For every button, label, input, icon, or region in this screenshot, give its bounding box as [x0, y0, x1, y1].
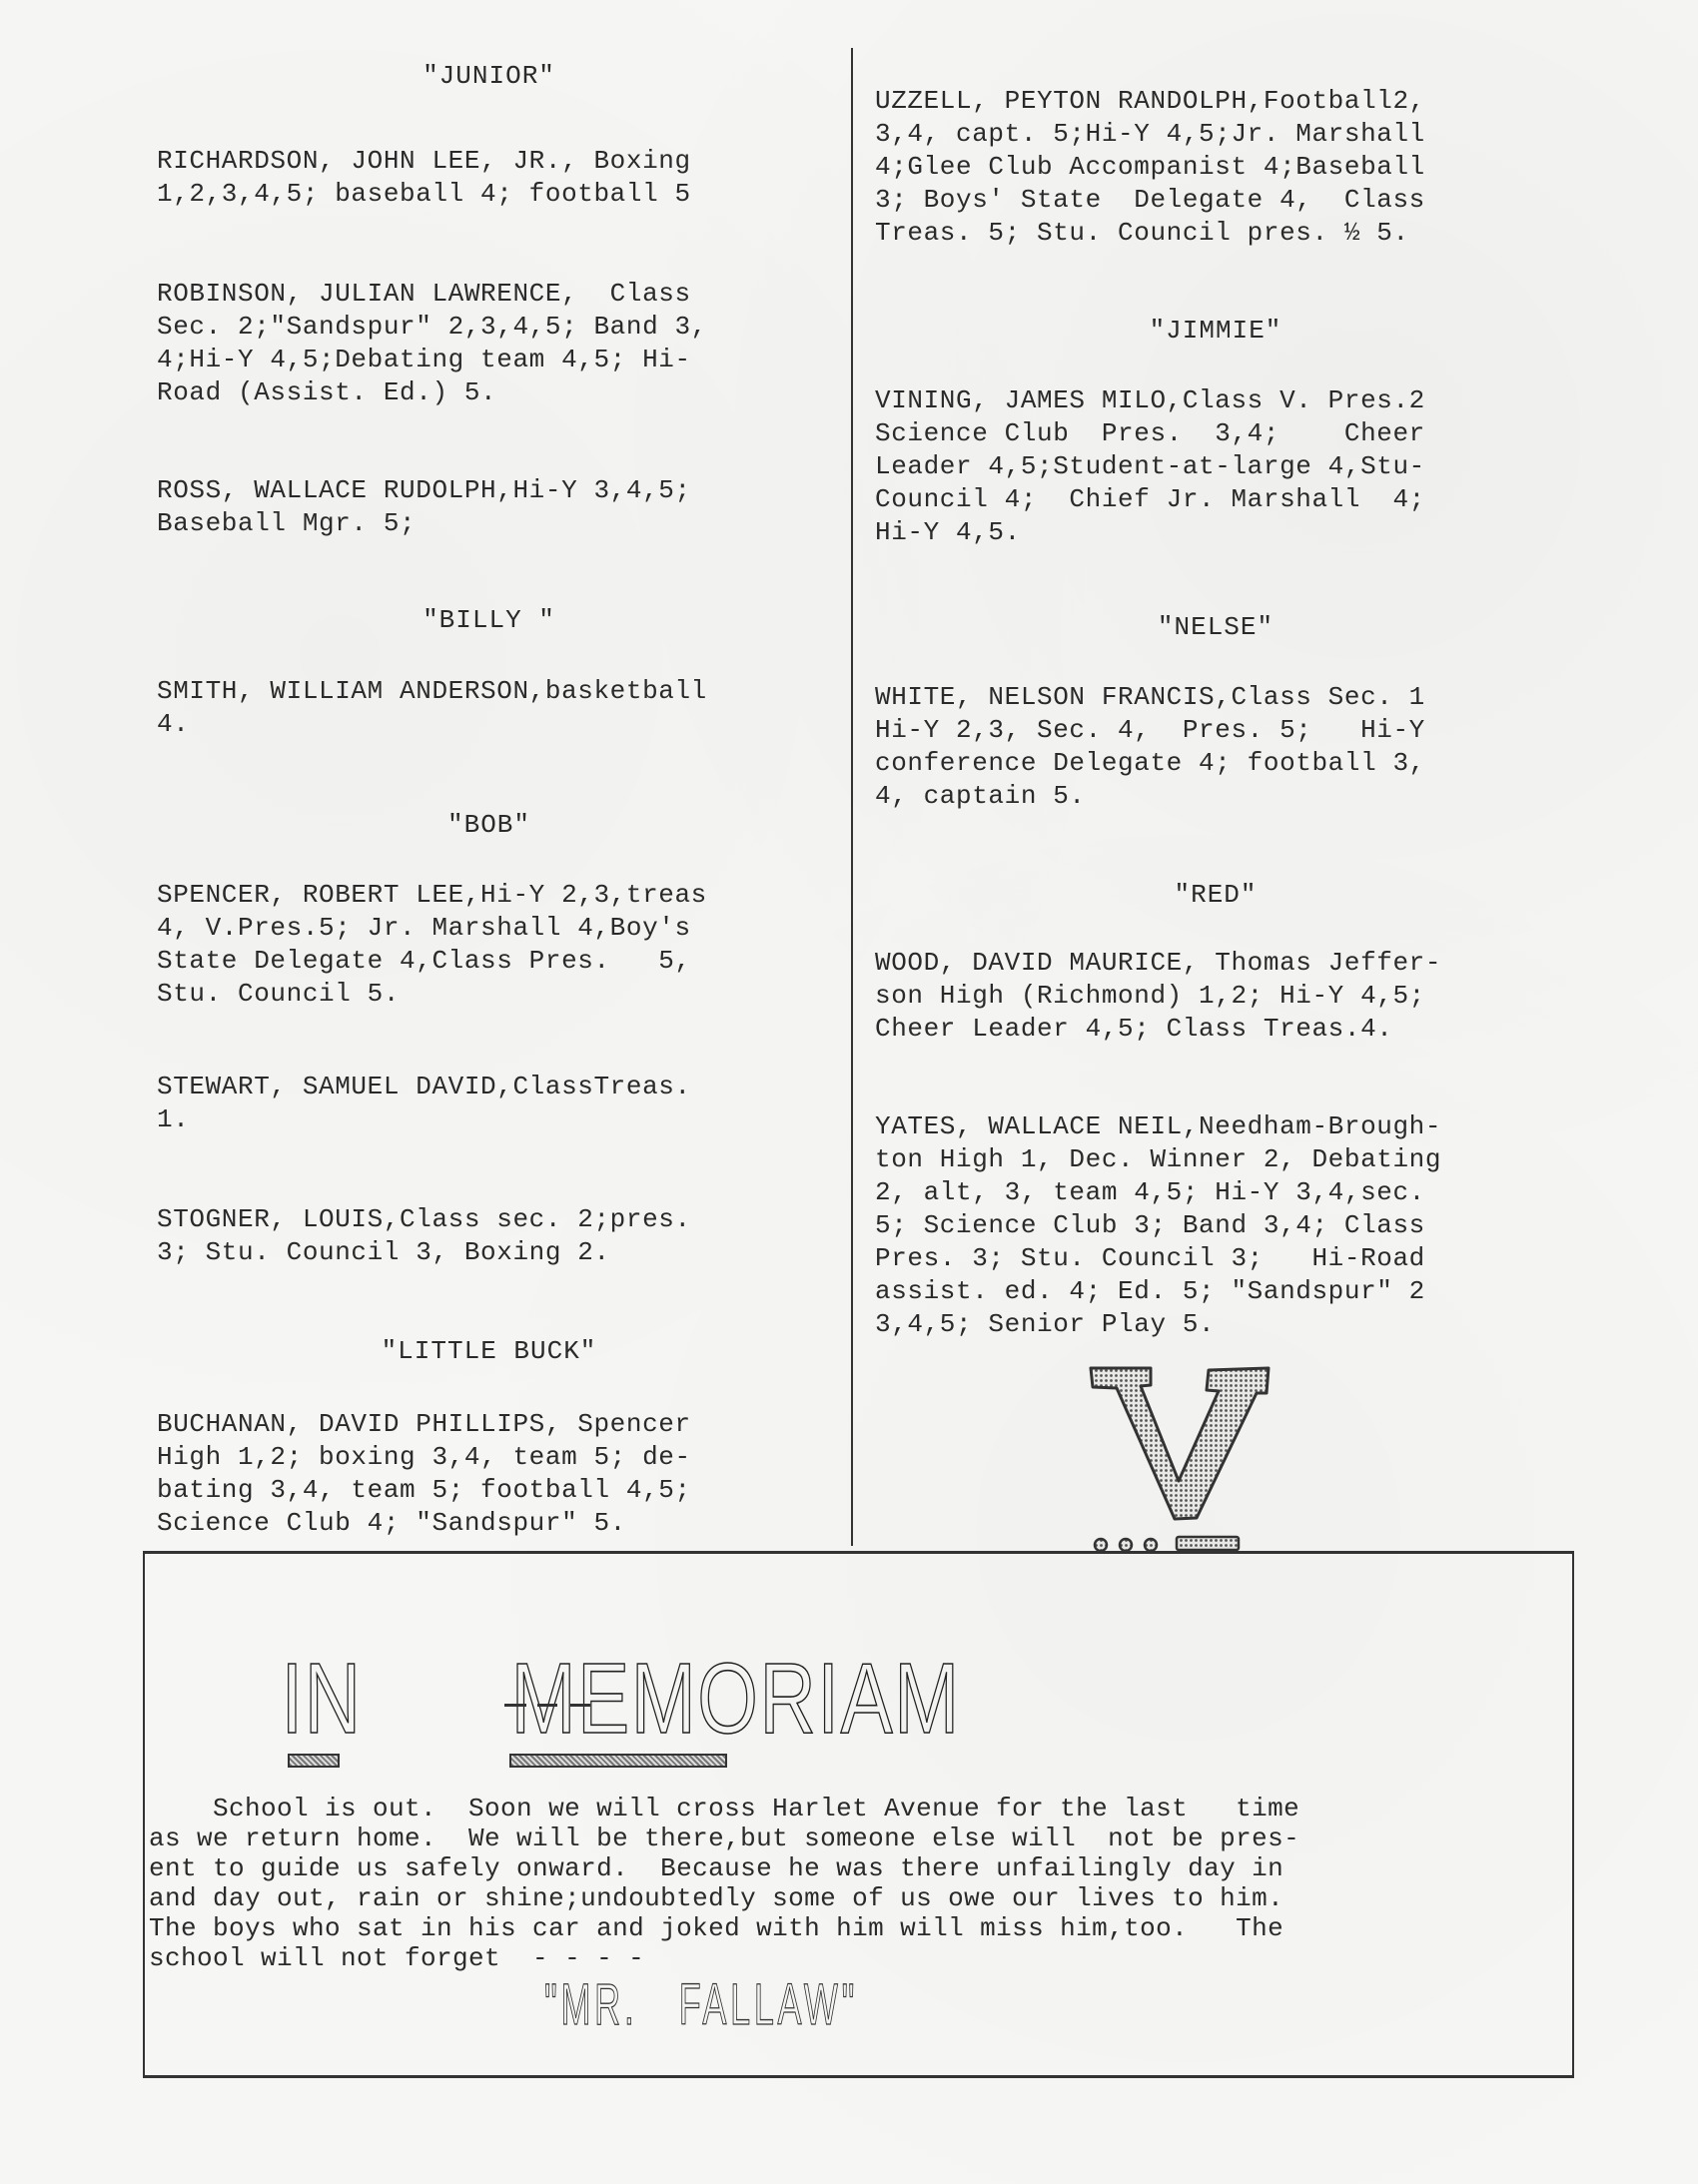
student-entry: STOGNER, LOUIS,Class sec. 2;pres. 3; Stu…: [157, 1203, 821, 1269]
paragraph-line: and day out, rain or shine;undoubtedly s…: [149, 1883, 1567, 1913]
heading-underline: [509, 1754, 727, 1768]
student-entry: STEWART, SAMUEL DAVID,ClassTreas. 1.: [157, 1071, 821, 1136]
student-entry: SPENCER, ROBERT LEE,Hi-Y 2,3,treas 4, V.…: [157, 879, 821, 1011]
nickname-heading: "BILLY ": [157, 604, 821, 636]
student-entry: WHITE, NELSON FRANCIS,Class Sec. 1 Hi-Y …: [875, 681, 1556, 813]
paragraph-line: The boys who sat in his car and joked wi…: [149, 1913, 1567, 1943]
paragraph-line: ent to guide us safely onward. Because h…: [149, 1853, 1567, 1883]
student-entry: BUCHANAN, DAVID PHILLIPS, Spencer High 1…: [157, 1408, 821, 1540]
paragraph-line: School is out. Soon we will cross Harlet…: [149, 1794, 1567, 1823]
nickname-heading: "LITTLE BUCK": [157, 1335, 821, 1367]
heading-dash: [504, 1704, 526, 1707]
in-memoriam-box: IN MEMORIAM School is out. Soon we will …: [143, 1551, 1574, 2078]
memoriam-heading-memoriam: MEMORIAM: [511, 1642, 961, 1757]
nickname-heading: "JUNIOR": [157, 60, 821, 92]
student-entry: RICHARDSON, JOHN LEE, JR., Boxing 1,2,3,…: [157, 145, 821, 211]
memoriam-paragraph: School is out. Soon we will cross Harlet…: [149, 1794, 1567, 1973]
nickname-heading: "BOB": [157, 809, 821, 841]
paragraph-line: as we return home. We will be there,but …: [149, 1823, 1567, 1853]
memoriam-heading-in: IN: [282, 1642, 363, 1757]
nickname-heading: "JIMMIE": [875, 315, 1556, 347]
heading-dash: [537, 1704, 557, 1707]
student-entry: VINING, JAMES MILO,Class V. Pres.2 Scien…: [875, 384, 1556, 549]
student-entry: UZZELL, PEYTON RANDOLPH,Football2, 3,4, …: [875, 85, 1556, 250]
student-entry: SMITH, WILLIAM ANDERSON,basketball 4.: [157, 675, 821, 741]
column-divider: [851, 48, 853, 1546]
heading-dash: [570, 1704, 590, 1707]
student-entry: WOOD, DAVID MAURICE, Thomas Jeffer- son …: [875, 947, 1556, 1046]
memoriam-honoree-name: "MR. FALLAW": [544, 1971, 858, 2038]
nickname-heading: "RED": [875, 879, 1556, 911]
student-entry: YATES, WALLACE NEIL,Needham-Brough- ton …: [875, 1110, 1556, 1341]
morse-code-v: [1095, 1537, 1239, 1551]
paragraph-line: school will not forget - - - -: [149, 1943, 1567, 1973]
student-entry: ROSS, WALLACE RUDOLPH,Hi-Y 3,4,5; Baseba…: [157, 474, 821, 540]
nickname-heading: "NELSE": [875, 611, 1556, 643]
victory-v-icon: [1079, 1353, 1278, 1553]
heading-underline: [288, 1754, 340, 1768]
student-entry: ROBINSON, JULIAN LAWRENCE, Class Sec. 2;…: [157, 278, 821, 409]
